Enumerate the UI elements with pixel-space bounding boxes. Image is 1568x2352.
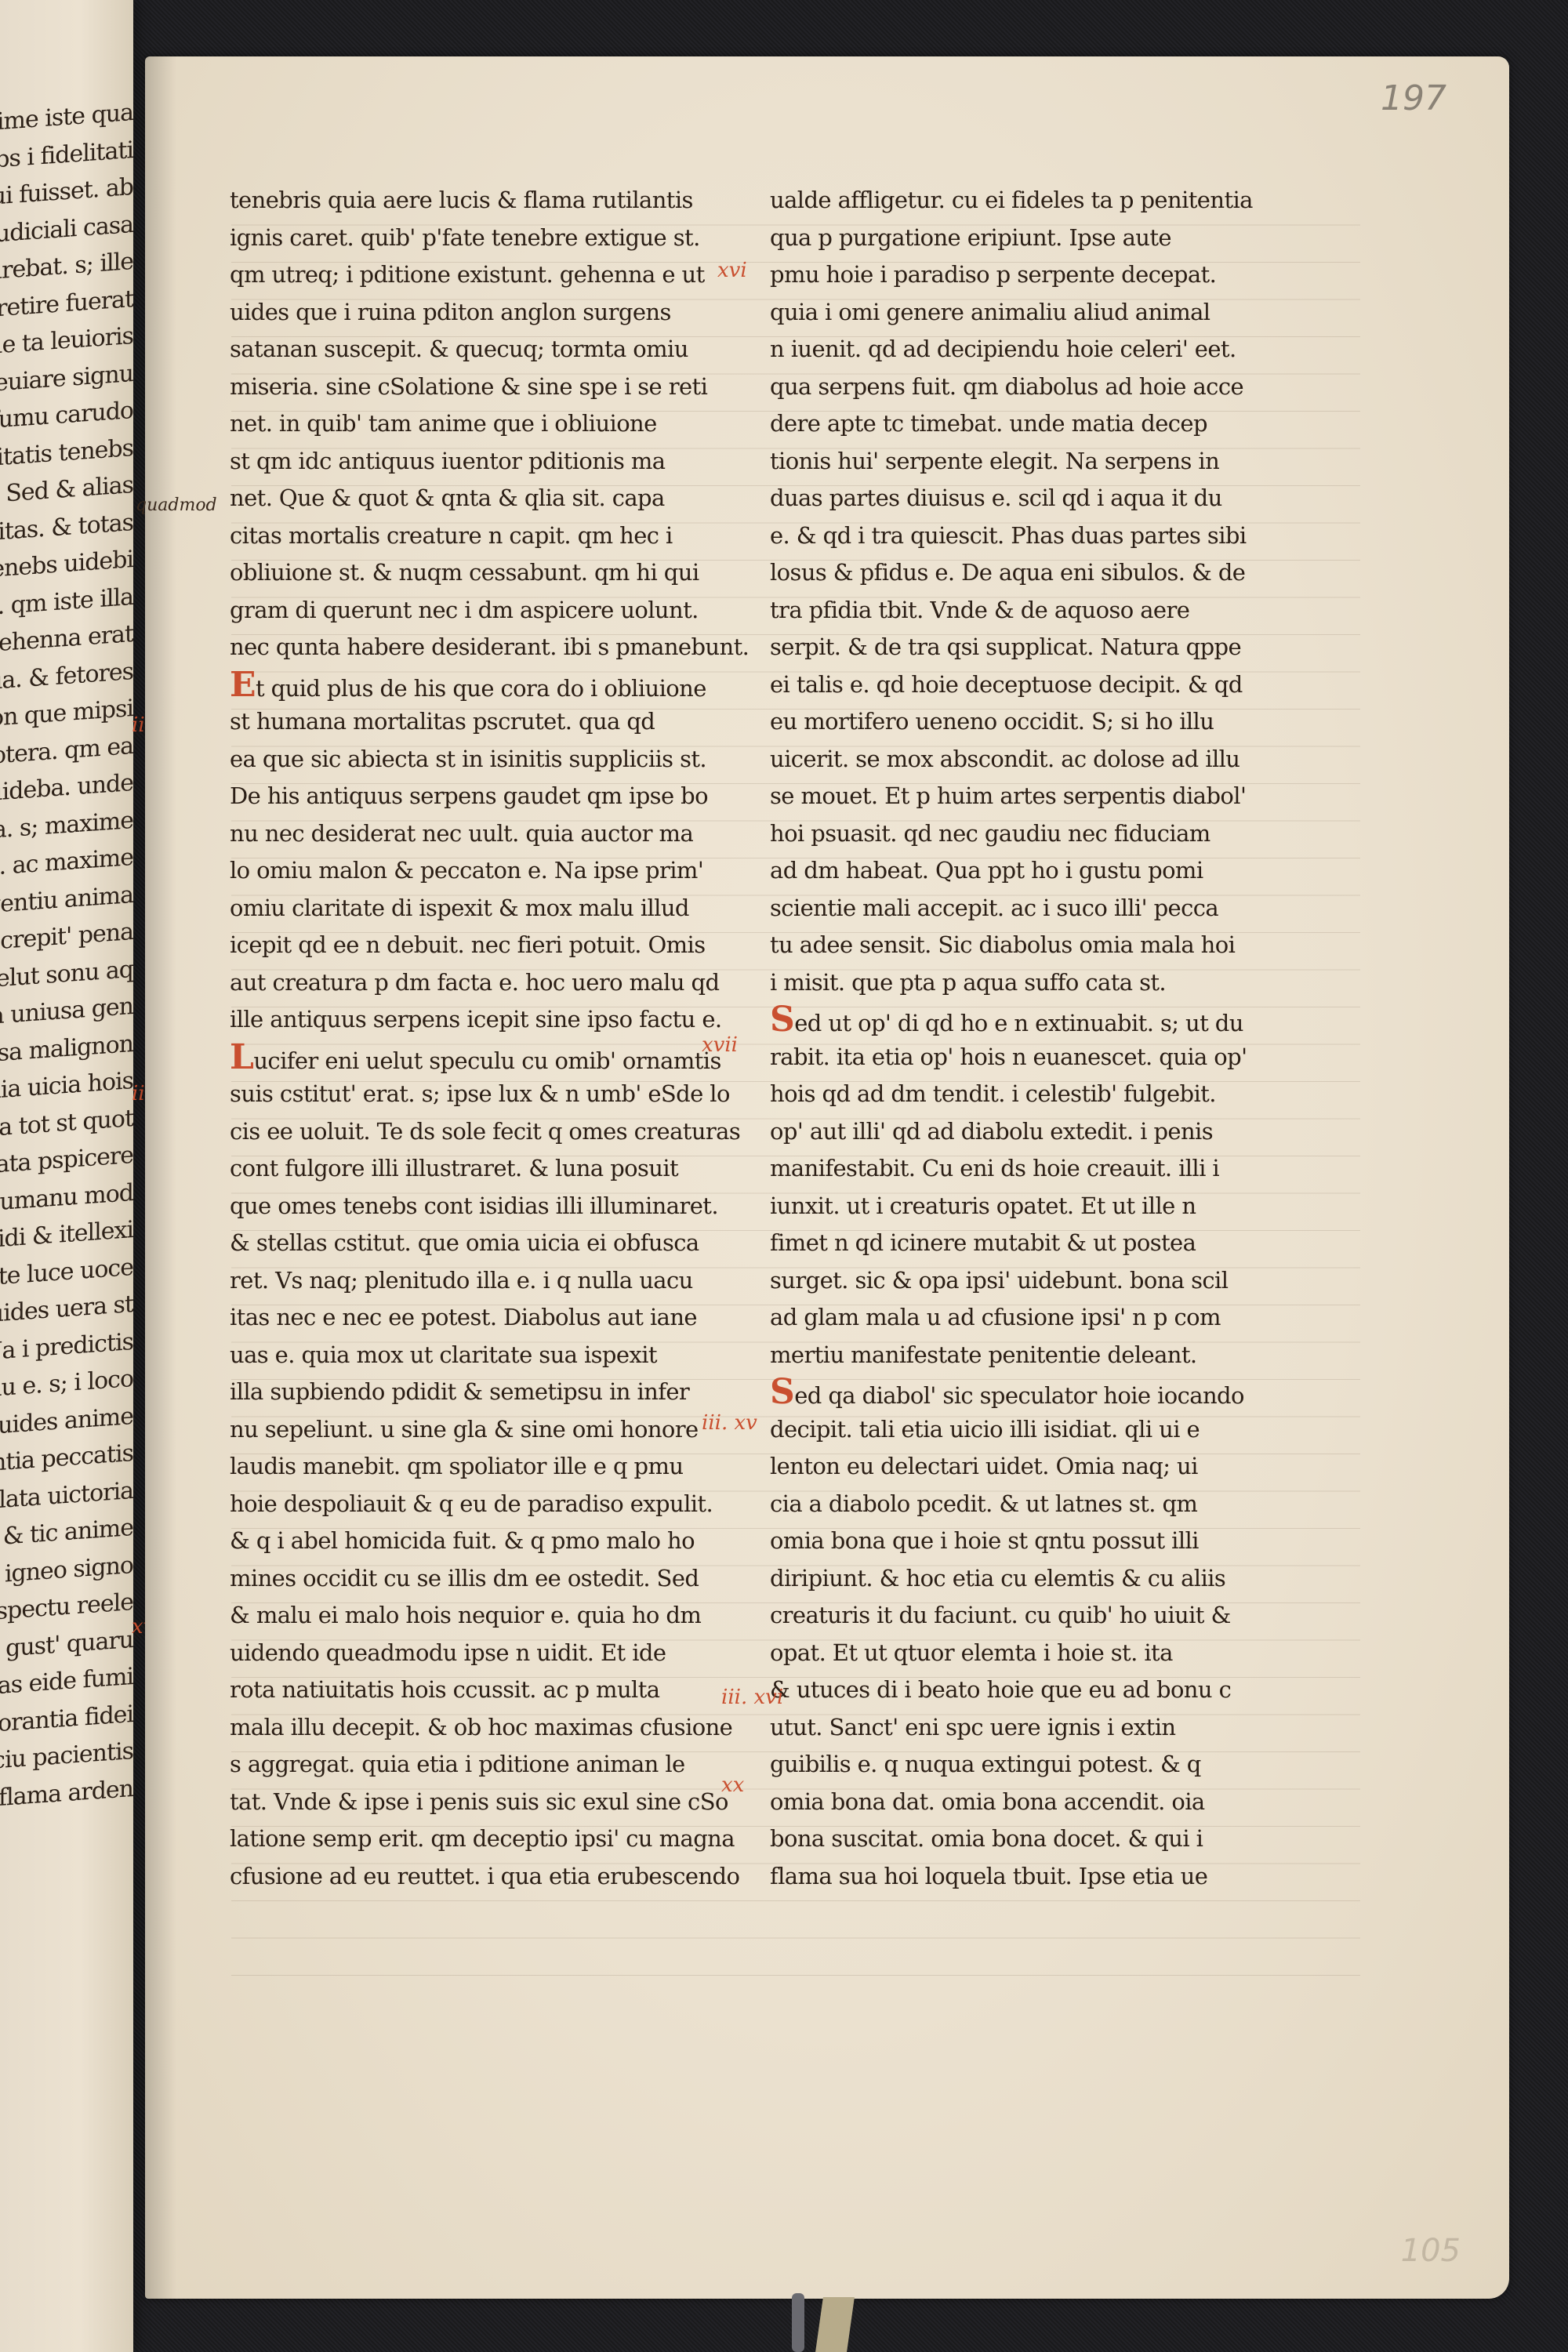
manuscript-line: qm utreq; i pditione existunt. gehenna e… — [230, 256, 731, 294]
recto-page: 197 quadmod tenebris quia aere lucis & f… — [145, 56, 1509, 2299]
manuscript-line: e. & qd i tra quiescit. Phas duas partes… — [770, 517, 1272, 555]
manuscript-line: nec qunta habere desiderant. ibi s pmane… — [230, 629, 731, 666]
manuscript-line: st humana mortalitas pscrutet. qua qd — [230, 703, 731, 741]
manuscript-line: op' aut illi' qd ad diabolu extedit. i p… — [770, 1113, 1272, 1151]
line-text: ed ut op' di qd ho e n extinuabit. s; ut… — [794, 1010, 1243, 1036]
manuscript-line: iunxit. ut i creaturis opatet. Et ut ill… — [770, 1188, 1272, 1225]
rubric-chapter-number: iii. xvi — [721, 1686, 783, 1709]
manuscript-line: ualde affligetur. cu ei fideles ta p pen… — [770, 182, 1272, 220]
rubric-chapter-number: xvii — [702, 1033, 738, 1057]
rubricated-initial: L — [230, 1037, 253, 1077]
manuscript-line: cis ee uoluit. Te ds sole fecit q omes c… — [230, 1113, 731, 1151]
manuscript-line: ad glam mala u ad cfusione ipsi' n p com — [770, 1299, 1272, 1337]
manuscript-line: utut. Sanct' eni spc uere ignis i extin — [770, 1709, 1272, 1747]
manuscript-line: hoie despoliauit & q eu de paradiso expu… — [230, 1486, 731, 1523]
manuscript-line: omiu claritate di ispexit & mox malu ill… — [230, 890, 731, 927]
manuscript-line: laudis manebit. qm spoliator ille e q pm… — [230, 1448, 731, 1486]
manuscript-line: & stellas cstitut. que omia uicia ei obf… — [230, 1225, 731, 1262]
manuscript-line: hoi psuasit. qd nec gaudiu nec fiduciam — [770, 815, 1272, 853]
manuscript-line: qua serpens fuit. qm diabolus ad hoie ac… — [770, 368, 1272, 406]
manuscript-line: cia a diabolo pcedit. & ut latnes st. qm — [770, 1486, 1272, 1523]
manuscript-line: tra pfidia tbit. Vnde & de aquoso aere — [770, 592, 1272, 630]
manuscript-line: obliuione st. & nuqm cessabunt. qm hi qu… — [230, 554, 731, 592]
manuscript-line: se mouet. Et p huim artes serpentis diab… — [770, 778, 1272, 815]
text-column-b: ualde affligetur. cu ei fideles ta p pen… — [770, 182, 1272, 1895]
manuscript-line: gram di querunt nec i dm aspicere uolunt… — [230, 592, 731, 630]
margin-gloss: quadmod — [136, 495, 217, 515]
rubric-chapter-number: iii. xv — [702, 1411, 757, 1435]
manuscript-line: nu nec desiderat nec uult. quia auctor m… — [230, 815, 731, 853]
manuscript-line: flama sua hoi loquela tbuit. Ipse etia u… — [770, 1858, 1272, 1896]
line-text: ucifer eni uelut speculu cu omib' ornamt… — [253, 1047, 720, 1074]
manuscript-line: net. in quib' tam anime que i obliuione — [230, 405, 731, 443]
manuscript-line: ei talis e. qd hoie deceptuose decipit. … — [770, 666, 1272, 704]
manuscript-line: tionis hui' serpente elegit. Na serpens … — [770, 443, 1272, 481]
manuscript-line: illa supbiendo pdidit & semetipsu in inf… — [230, 1374, 731, 1411]
manuscript-line: quia i omi genere animaliu aliud animal — [770, 294, 1272, 332]
manuscript-line: cont fulgore illi illustraret. & luna po… — [230, 1150, 731, 1188]
verso-page: t. Na anime iste quait. s; tenebs i fide… — [0, 0, 133, 2352]
manuscript-line: pmu hoie i paradiso p serpente decepat. — [770, 256, 1272, 294]
text-column-a: tenebris quia aere lucis & flama rutilan… — [230, 182, 731, 1895]
manuscript-line: rota natiuitatis hois ccussit. ac p mult… — [230, 1671, 731, 1709]
manuscript-line: mala illu decepit. & ob hoc maximas cfus… — [230, 1709, 731, 1747]
manuscript-line: que omes tenebs cont isidias illi illumi… — [230, 1188, 731, 1225]
rubric-chapter-number: xvi — [717, 259, 747, 282]
manuscript-line: cfusione ad eu reuttet. i qua etia erube… — [230, 1858, 731, 1896]
manuscript-line: uidendo queadmodu ipse n uidit. Et ide — [230, 1635, 731, 1672]
manuscript-line: & malu ei malo hois nequior e. quia ho d… — [230, 1597, 731, 1635]
manuscript-line: mertiu manifestate penitentie deleant. — [770, 1337, 1272, 1374]
manuscript-line: creaturis it du faciunt. cu quib' ho uiu… — [770, 1597, 1272, 1635]
manuscript-line: & utuces di i beato hoie que eu ad bonu … — [770, 1671, 1272, 1709]
manuscript-line: dere apte tc timebat. unde matia decep — [770, 405, 1272, 443]
verso-text: t. Na anime iste quait. s; tenebs i fide… — [0, 94, 133, 1807]
manuscript-line: uicerit. se mox abscondit. ac dolose ad … — [770, 741, 1272, 779]
manuscript-line: hois qd ad dm tendit. i celestib' fulgeb… — [770, 1076, 1272, 1113]
manuscript-line: omia bona que i hoie st qntu possut illi — [770, 1523, 1272, 1560]
manuscript-line: i misit. que pta p aqua suffo cata st. — [770, 964, 1272, 1002]
manuscript-line: fimet n qd icinere mutabit & ut postea — [770, 1225, 1272, 1262]
manuscript-line: satanan suscepit. & quecuq; tormta omiu — [230, 331, 731, 368]
manuscript-line: Sed qa diabol' sic speculator hoie iocan… — [770, 1374, 1272, 1411]
manuscript-line: duas partes diuisus e. scil qd i aqua it… — [770, 480, 1272, 517]
manuscript-line: miseria. sine cSolatione & sine spe i se… — [230, 368, 731, 406]
manuscript-line: manifestabit. Cu eni ds hoie creauit. il… — [770, 1150, 1272, 1188]
manuscript-line: ille antiquus serpens icepit sine ipso f… — [230, 1001, 731, 1039]
manuscript-line: net. Que & quot & qnta & qlia sit. capa — [230, 480, 731, 517]
manuscript-line: ignis caret. quib' p'fate tenebre extigu… — [230, 220, 731, 257]
manuscript-line: & q i abel homicida fuit. & q pmo malo h… — [230, 1523, 731, 1560]
manuscript-line: guibilis e. q nuqua extingui potest. & q — [770, 1746, 1272, 1784]
manuscript-line: icepit qd ee n debuit. nec fieri potuit.… — [230, 927, 731, 964]
manuscript-line: mines occidit cu se illis dm ee ostedit.… — [230, 1560, 731, 1598]
manuscript-line: scientie mali accepit. ac i suco illi' p… — [770, 890, 1272, 927]
manuscript-line: omia bona dat. omia bona accendit. oia — [770, 1784, 1272, 1821]
line-text: ed qa diabol' sic speculator hoie iocand… — [794, 1382, 1244, 1409]
manuscript-line: aut creatura p dm facta e. hoc uero malu… — [230, 964, 731, 1002]
manuscript-line: tu adee sensit. Sic diabolus omia mala h… — [770, 927, 1272, 964]
manuscript-line: Et quid plus de his que cora do i obliui… — [230, 666, 731, 704]
line-text: t quid plus de his que cora do i obliuio… — [256, 675, 706, 702]
manuscript-line: lo omiu malon & peccaton e. Na ipse prim… — [230, 852, 731, 890]
bottom-folio-mark: 105 — [1401, 2233, 1461, 2269]
manuscript-line: tenebris quia aere lucis & flama rutilan… — [230, 182, 731, 220]
manuscript-line: Sed ut op' di qd ho e n extinuabit. s; u… — [770, 1001, 1272, 1039]
manuscript-line: tat. Vnde & ipse i penis suis sic exul s… — [230, 1784, 731, 1821]
manuscript-line: ad dm habeat. Qua ppt ho i gustu pomi — [770, 852, 1272, 890]
rubric-chapter-number: xx — [721, 1773, 744, 1797]
bookmark-clip — [792, 2293, 804, 2352]
manuscript-line: nu sepeliunt. u sine gla & sine omi hono… — [230, 1411, 731, 1449]
manuscript-line: uides que i ruina pditon anglon surgens — [230, 294, 731, 332]
manuscript-line: qua p purgatione eripiunt. Ipse aute — [770, 220, 1272, 257]
manuscript-line: ea que sic abiecta st in isinitis suppli… — [230, 741, 731, 779]
manuscript-line: ret. Vs naq; plenitudo illa e. i q nulla… — [230, 1262, 731, 1300]
manuscript-line: decipit. tali etia uicio illi isidiat. q… — [770, 1411, 1272, 1449]
manuscript-line: eu mortifero ueneno occidit. S; si ho il… — [770, 703, 1272, 741]
rubricated-initial: S — [770, 1000, 794, 1040]
rubricated-initial: S — [770, 1372, 794, 1412]
manuscript-line: bona suscitat. omia bona docet. & qui i — [770, 1820, 1272, 1858]
manuscript-line: opat. Et ut qtuor elemta i hoie st. ita — [770, 1635, 1272, 1672]
manuscript-line: citas mortalis creature n capit. qm hec … — [230, 517, 731, 555]
manuscript-line: De his antiquus serpens gaudet qm ipse b… — [230, 778, 731, 815]
manuscript-line: diripiunt. & hoc etia cu elemtis & cu al… — [770, 1560, 1272, 1598]
manuscript-line: suis cstitut' erat. s; ipse lux & n umb'… — [230, 1076, 731, 1113]
manuscript-line: n iuenit. qd ad decipiendu hoie celeri' … — [770, 331, 1272, 368]
manuscript-line: lenton eu delectari uidet. Omia naq; ui — [770, 1448, 1272, 1486]
manuscript-line: losus & pfidus e. De aqua eni sibulos. &… — [770, 554, 1272, 592]
manuscript-line: surget. sic & opa ipsi' uidebunt. bona s… — [770, 1262, 1272, 1300]
manuscript-line: Lucifer eni uelut speculu cu omib' ornam… — [230, 1039, 731, 1076]
manuscript-line: st qm idc antiquus iuentor pditionis ma — [230, 443, 731, 481]
manuscript-line: latione semp erit. qm deceptio ipsi' cu … — [230, 1820, 731, 1858]
manuscript-line: itas nec e nec ee potest. Diabolus aut i… — [230, 1299, 731, 1337]
manuscript-line: rabit. ita etia op' hois n euanescet. qu… — [770, 1039, 1272, 1076]
rubricated-initial: E — [230, 665, 256, 705]
folio-number: 197 — [1381, 78, 1446, 118]
manuscript-line: s aggregat. quia etia i pditione animan … — [230, 1746, 731, 1784]
manuscript-line: serpit. & de tra qsi supplicat. Natura q… — [770, 629, 1272, 666]
manuscript-line: uas e. quia mox ut claritate sua ispexit — [230, 1337, 731, 1374]
